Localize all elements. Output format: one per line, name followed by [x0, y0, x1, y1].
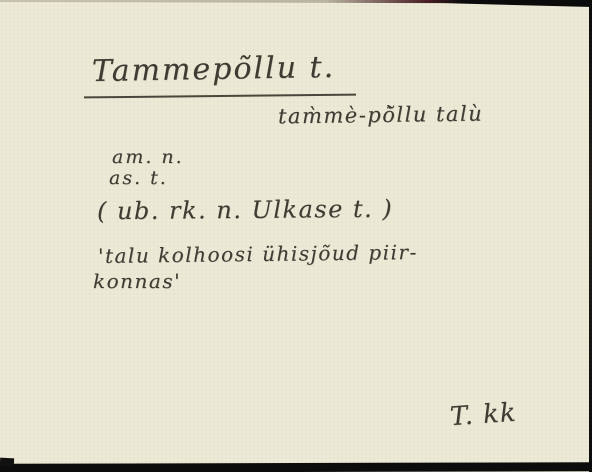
scan-edge-bottom — [0, 462, 592, 472]
scanned-index-card: Tammepõllu t. tam̀mè-põ̀llu talù am. n. … — [0, 0, 592, 472]
phonetic-transcription: tam̀mè-põ̀llu talù — [278, 102, 484, 129]
quote-line-1: 'talu kolhoosi ühisjõud piir- — [98, 240, 418, 268]
abbreviation-line-2: as. t. — [109, 167, 168, 189]
scan-edge-bottom-left — [0, 458, 14, 467]
parenthetical-note: ( ub. rk. n. Ulkase t. ) — [97, 195, 393, 226]
quote-line-2: konnas' — [93, 269, 181, 293]
title-underline — [84, 94, 356, 99]
abbreviation-line-1: am. n. — [112, 146, 184, 168]
collector-initials: T. kk — [449, 398, 517, 433]
card-title: Tammepõllu t. — [92, 50, 336, 89]
scan-edge-top — [0, 0, 592, 7]
